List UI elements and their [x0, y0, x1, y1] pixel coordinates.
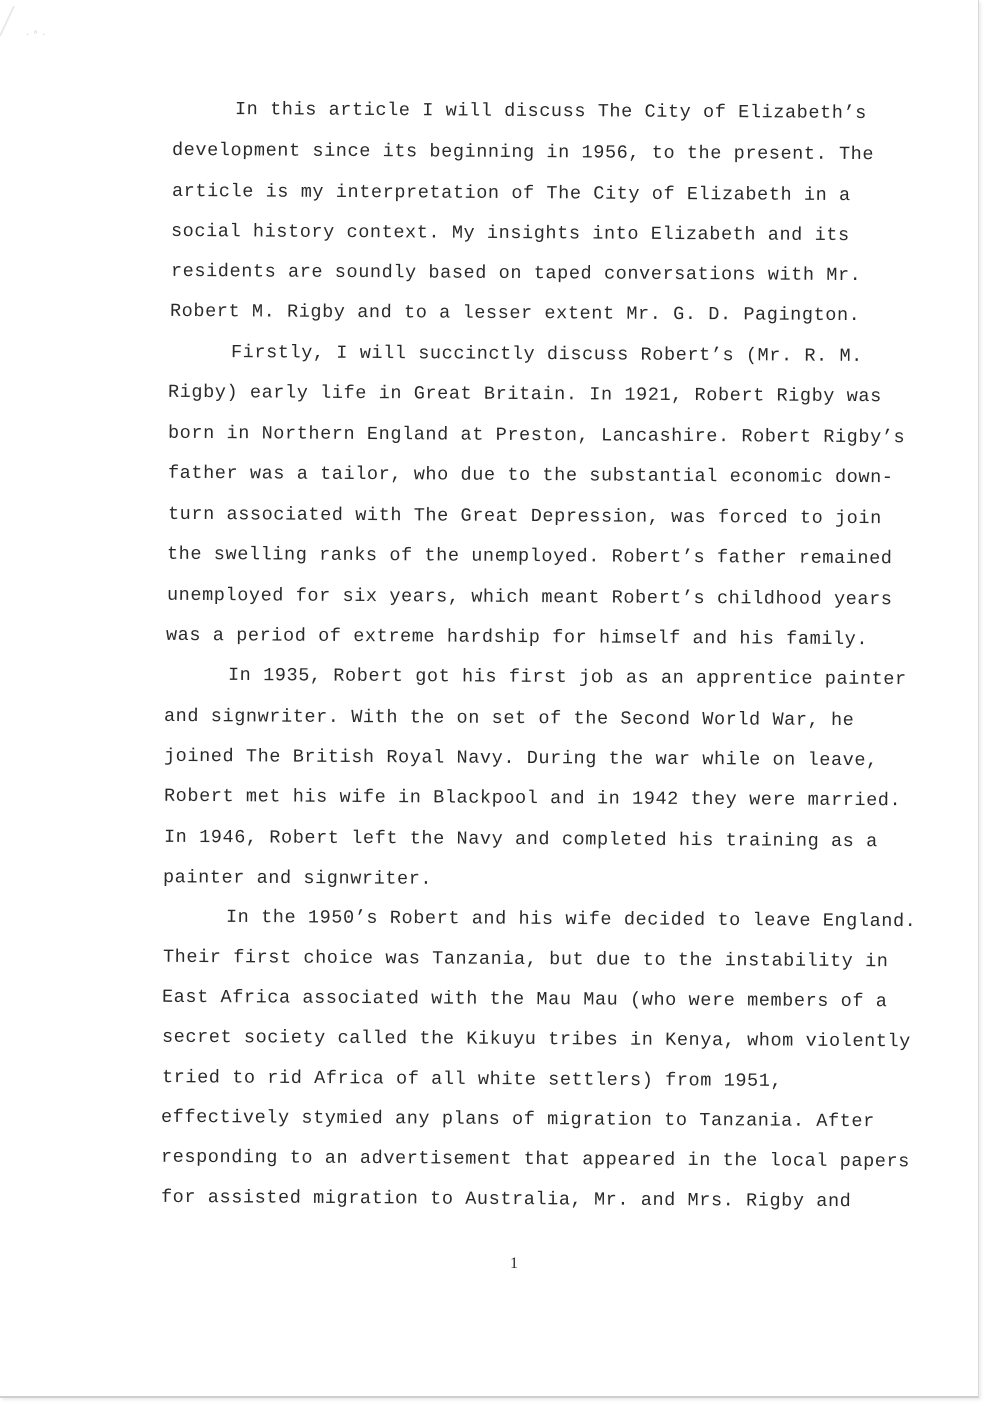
document-page: ·°· In this article I will discuss The C…: [0, 0, 979, 1398]
text-line: social history context. My insights into…: [171, 223, 850, 246]
text-line: Robert met his wife in Blackpool and in …: [164, 788, 901, 811]
text-line: for assisted migration to Australia, Mr.…: [161, 1189, 852, 1212]
text-line: In the 1950’s Robert and his wife decide…: [226, 909, 917, 932]
text-line: responding to an advertisement that appe…: [161, 1149, 910, 1172]
text-line: residents are soundly based on taped con…: [171, 263, 862, 286]
text-line: born in Northern England at Preston, Lan…: [168, 425, 905, 448]
text-line: Robert M. Rigby and to a lesser extent M…: [170, 303, 861, 326]
page-number: 1: [510, 1255, 518, 1273]
text-line: father was a tailor, who due to the subs…: [168, 465, 894, 488]
text-line: Rigby) early life in Great Britain. In 1…: [168, 384, 882, 407]
text-line: and signwriter. With the on set of the S…: [164, 708, 855, 731]
text-line: In this article I will discuss The City …: [235, 101, 867, 123]
text-line: East Africa associated with the Mau Mau …: [162, 989, 888, 1012]
text-line: tried to rid Africa of all white settler…: [162, 1069, 782, 1091]
text-line: Their first choice was Tanzania, but due…: [163, 949, 889, 972]
text-line: secret society called the Kikuyu tribes …: [162, 1029, 911, 1052]
text-line: In 1946, Robert left the Navy and comple…: [164, 829, 878, 852]
text-line: Firstly, I will succinctly discuss Rober…: [231, 344, 863, 366]
text-line: the swelling ranks of the unemployed. Ro…: [167, 546, 893, 569]
text-line: In 1935, Robert got his first job as an …: [228, 667, 907, 690]
text-line: article is my interpretation of The City…: [172, 183, 851, 206]
scan-specks: ·°·: [26, 30, 49, 41]
text-line: effectively stymied any plans of migrati…: [161, 1109, 875, 1132]
text-line: turn associated with The Great Depressio…: [168, 506, 882, 529]
text-line: joined The British Royal Navy. During th…: [164, 748, 878, 771]
text-line: development since its beginning in 1956,…: [172, 142, 874, 165]
text-line: unemployed for six years, which meant Ro…: [167, 587, 893, 610]
text-line: painter and signwriter.: [163, 869, 432, 889]
text-line: was a period of extreme hardship for him…: [166, 627, 868, 650]
